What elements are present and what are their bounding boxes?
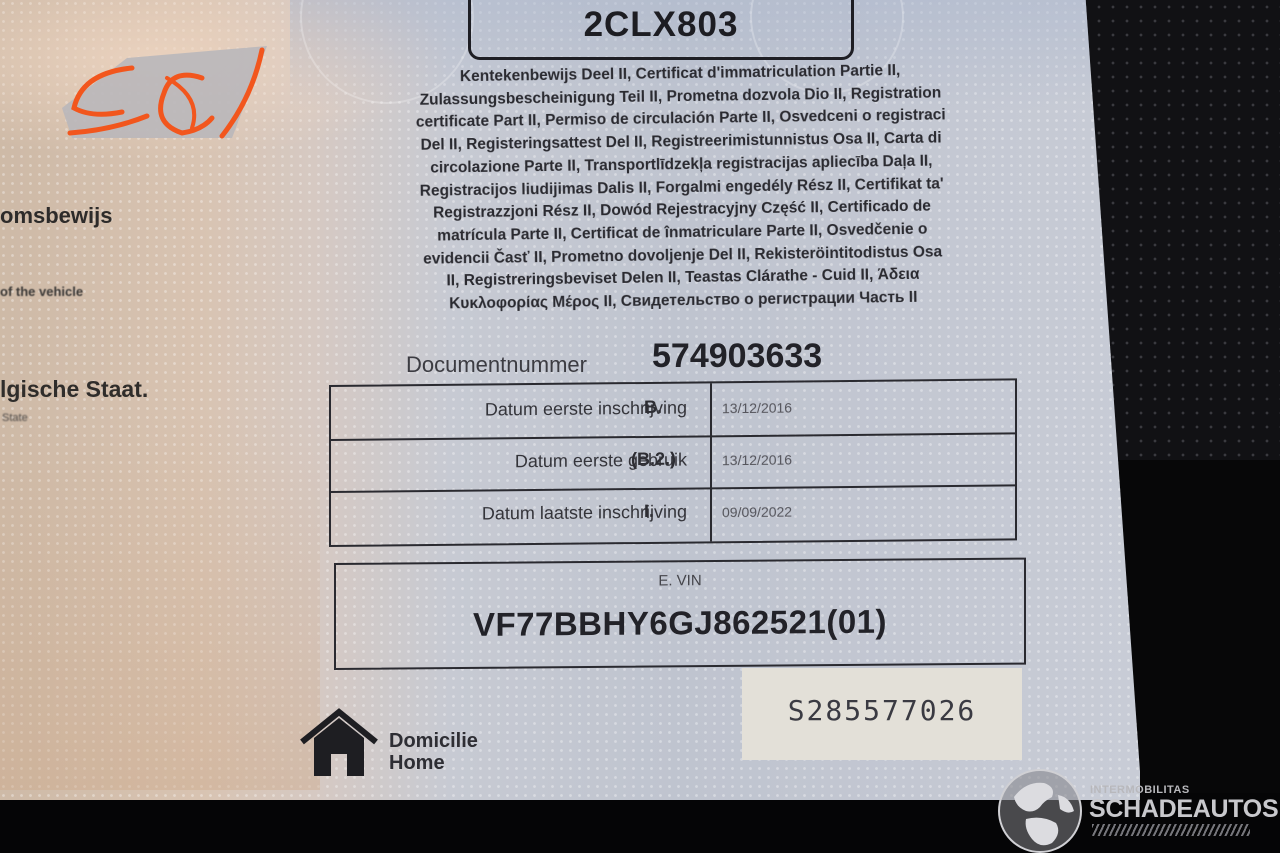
cj-logo: C&J: [52, 38, 272, 148]
document-title-partial: omsbewijs: [0, 203, 112, 229]
license-plate-box: 2CLX803: [468, 0, 854, 60]
date-code: (B.2.): [631, 449, 676, 470]
license-plate: 2CLX803: [471, 5, 851, 45]
multilingual-title: Kentekenbewijs Deel II, Certificat d'imm…: [330, 58, 1033, 317]
document-subtitle-partial: of the vehicle: [0, 284, 83, 299]
serial-number-box: S285577026: [742, 668, 1022, 760]
date-value: 13/12/2016: [722, 452, 792, 469]
home-icon: [298, 708, 380, 778]
serial-number: S285577026: [742, 694, 1022, 727]
table-row: Datum laatste inschrijving I. 09/09/2022: [331, 484, 1015, 543]
globe-icon: [996, 767, 1084, 853]
issuing-state-partial: lgische Staat.: [0, 376, 148, 403]
date-value: 13/12/2016: [722, 400, 792, 417]
date-value: 09/09/2022: [722, 504, 792, 521]
floor-shadow: [0, 793, 1280, 853]
table-row: Datum eerste inschrijving B. 13/12/2016: [331, 380, 1015, 441]
registration-dates-table: Datum eerste inschrijving B. 13/12/2016 …: [329, 378, 1017, 547]
issuing-state-sub-partial: State: [2, 412, 28, 424]
domicile-label: Domicilie Home: [389, 730, 478, 774]
date-label: Datum laatste inschrijving: [482, 502, 687, 525]
date-code: I.: [644, 501, 654, 522]
table-row: Datum eerste gebruik (B.2.) 13/12/2016: [331, 432, 1015, 493]
watermark-title: SCHADEAUTOS.NL: [1089, 795, 1280, 824]
vin-label: E. VIN: [336, 570, 1024, 592]
watermark-stripes: [1092, 824, 1250, 836]
vin-box: E. VIN VF77BBHY6GJ862521(01): [334, 558, 1026, 670]
vin-number: VF77BBHY6GJ862521(01): [336, 602, 1024, 645]
document-number-label: Documentnummer: [406, 352, 587, 378]
date-code: B.: [644, 397, 662, 418]
document-number: 574903633: [652, 337, 822, 376]
